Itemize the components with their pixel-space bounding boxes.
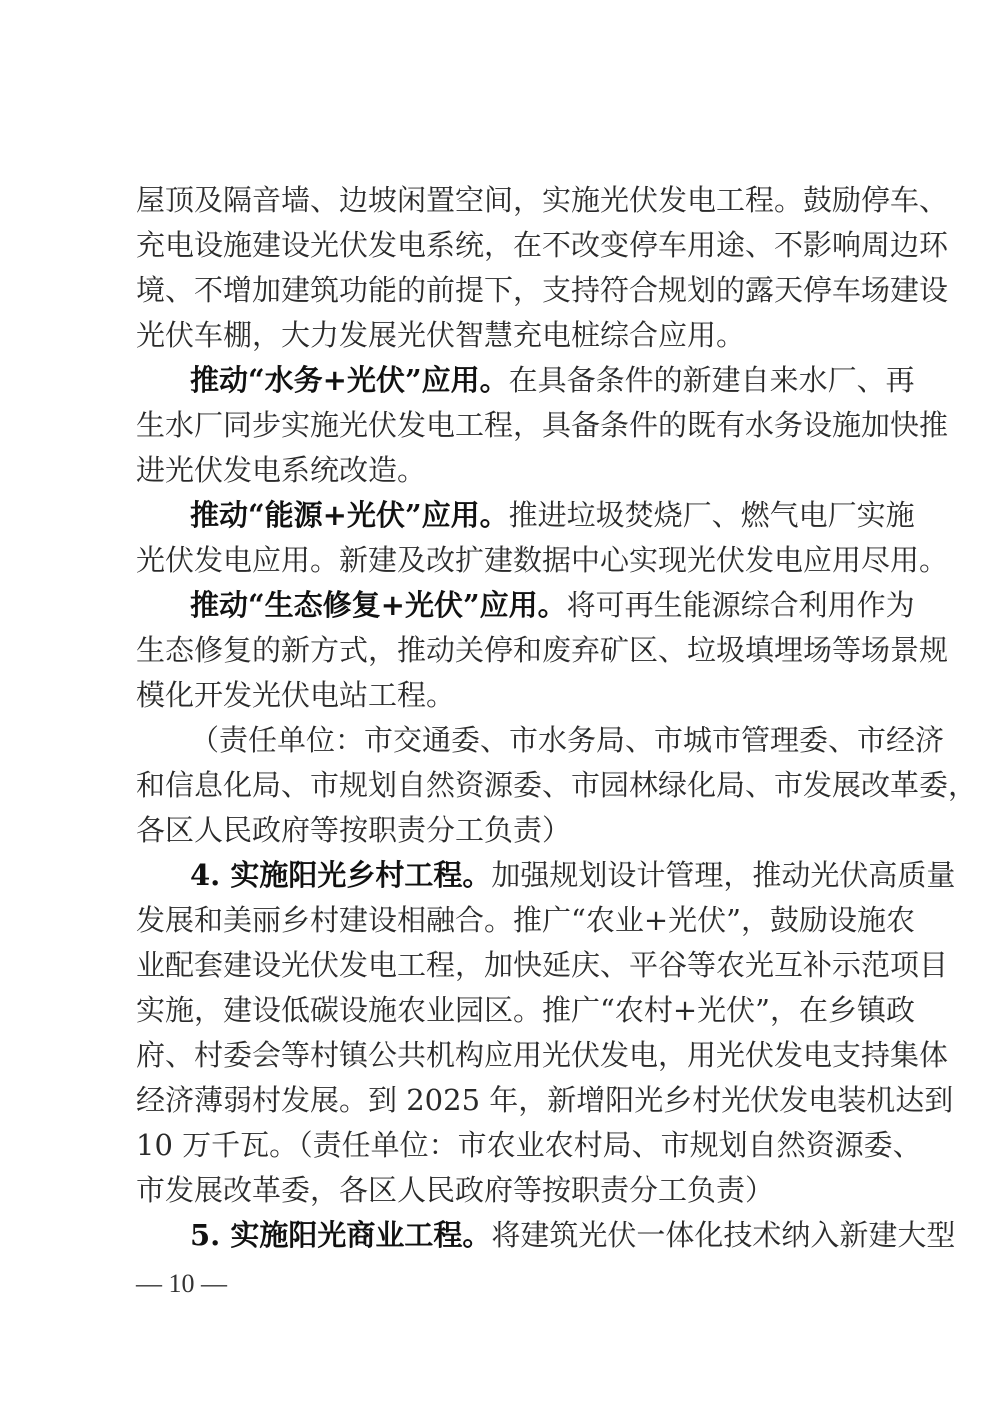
text-line: 境、不增加建筑功能的前提下，支持符合规划的露天停车场建设 xyxy=(136,268,876,312)
document-page: 屋顶及隔音墙、边坡闲置空间，实施光伏发电工程。鼓励停车、 充电设施建设光伏发电系… xyxy=(0,0,1000,1414)
text-line: 经济薄弱村发展。到 2025 年，新增阳光乡村光伏发电装机达到 xyxy=(136,1078,876,1122)
page-number: — 10 — xyxy=(136,1264,227,1304)
text-line: 生水厂同步实施光伏发电工程，具备条件的既有水务设施加快推 xyxy=(136,403,876,447)
text-line: 市发展改革委，各区人民政府等按职责分工负责） xyxy=(136,1168,876,1212)
text-line: 生态修复的新方式，推动关停和废弃矿区、垃圾填埋场等场景规 xyxy=(136,628,876,672)
section-heading-water: 推动“水务+光伏”应用。在具备条件的新建自来水厂、再 xyxy=(190,358,876,402)
text-line: 充电设施建设光伏发电系统，在不改变停车用途、不影响周边环 xyxy=(136,223,876,267)
section-heading-ecology: 推动“生态修复+光伏”应用。将可再生能源综合利用作为 xyxy=(190,583,876,627)
section-heading-commercial: 5. 实施阳光商业工程。将建筑光伏一体化技术纳入新建大型 xyxy=(190,1213,876,1257)
text-line: 进光伏发电系统改造。 xyxy=(136,448,876,492)
text-line: 各区人民政府等按职责分工负责） xyxy=(136,808,876,852)
text-line: 10 万千瓦。（责任单位：市农业农村局、市规划自然资源委、 xyxy=(136,1123,876,1167)
text-line: 发展和美丽乡村建设相融合。推广“农业+光伏”，鼓励设施农 xyxy=(136,898,876,942)
text-line: 光伏车棚，大力发展光伏智慧充电桩综合应用。 xyxy=(136,313,876,357)
section-heading-energy: 推动“能源+光伏”应用。推进垃圾焚烧厂、燃气电厂实施 xyxy=(190,493,876,537)
text-line: 模化开发光伏电站工程。 xyxy=(136,673,876,717)
text-line: 府、村委会等村镇公共机构应用光伏发电，用光伏发电支持集体 xyxy=(136,1033,876,1077)
text-line: 光伏发电应用。新建及改扩建数据中心实现光伏发电应用尽用。 xyxy=(136,538,876,582)
responsibility-note: （责任单位：市交通委、市水务局、市城市管理委、市经济 xyxy=(190,718,876,762)
text-line: 实施，建设低碳设施农业园区。推广“农村+光伏”，在乡镇政 xyxy=(136,988,876,1032)
text-line: 屋顶及隔音墙、边坡闲置空间，实施光伏发电工程。鼓励停车、 xyxy=(136,178,876,222)
text-line: 和信息化局、市规划自然资源委、市园林绿化局、市发展改革委， xyxy=(136,763,876,807)
section-heading-rural: 4. 实施阳光乡村工程。加强规划设计管理，推动光伏高质量 xyxy=(190,853,876,897)
text-line: 业配套建设光伏发电工程，加快延庆、平谷等农光互补示范项目 xyxy=(136,943,876,987)
